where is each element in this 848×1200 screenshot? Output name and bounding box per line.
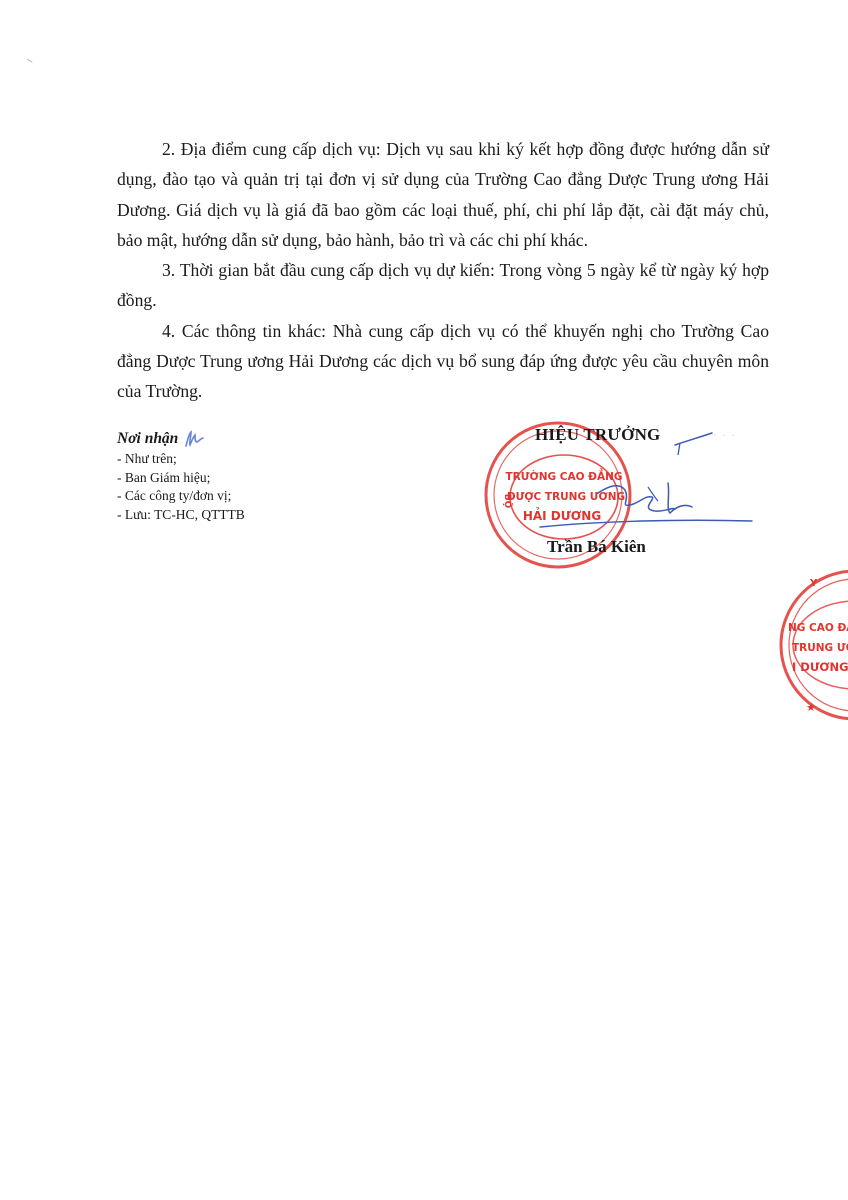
partial-stamp: Y NG CAO ĐẲN TRUNG ƯƠ I DƯƠNG ★ <box>760 565 848 725</box>
document-page: 2. Địa điểm cung cấp dịch vụ: Dịch vụ sa… <box>0 0 848 1200</box>
recipient-item: - Lưu: TC-HC, QTTTB <box>117 506 357 525</box>
body-text: 2. Địa điểm cung cấp dịch vụ: Dịch vụ sa… <box>117 134 769 407</box>
signature-block: TRƯỜNG CAO ĐẲNG DƯỢC TRUNG ƯƠNG HẢI DƯƠN… <box>480 415 780 575</box>
recipient-item: - Ban Giám hiệu; <box>117 469 357 488</box>
handwritten-initial-icon <box>183 430 205 448</box>
paragraph-4: 4. Các thông tin khác: Nhà cung cấp dịch… <box>117 316 769 407</box>
recipient-item: - Như trên; <box>117 450 357 469</box>
svg-text:★: ★ <box>806 701 816 714</box>
partial-stamp-icon: Y NG CAO ĐẲN TRUNG ƯƠ I DƯƠNG ★ <box>760 565 848 725</box>
svg-text:Y: Y <box>809 578 818 589</box>
paragraph-2: 2. Địa điểm cung cấp dịch vụ: Dịch vụ sa… <box>117 134 769 255</box>
scan-artifact <box>25 59 32 65</box>
recipients-block: Nơi nhận - Như trên; - Ban Giám hiệu; - … <box>117 428 357 524</box>
recipient-item: - Các công ty/đơn vị; <box>117 487 357 506</box>
recipients-title-text: Nơi nhận <box>117 428 178 450</box>
paragraph-3: 3. Thời gian bắt đầu cung cấp dịch vụ dự… <box>117 255 769 316</box>
svg-text:NG CAO ĐẲN: NG CAO ĐẲN <box>788 619 848 634</box>
svg-text:TRUNG ƯƠ: TRUNG ƯƠ <box>792 642 848 654</box>
recipients-title: Nơi nhận <box>117 428 357 450</box>
signer-name: Trần Bá Kiên <box>547 537 646 557</box>
svg-text:I DƯƠNG: I DƯƠNG <box>792 660 848 674</box>
